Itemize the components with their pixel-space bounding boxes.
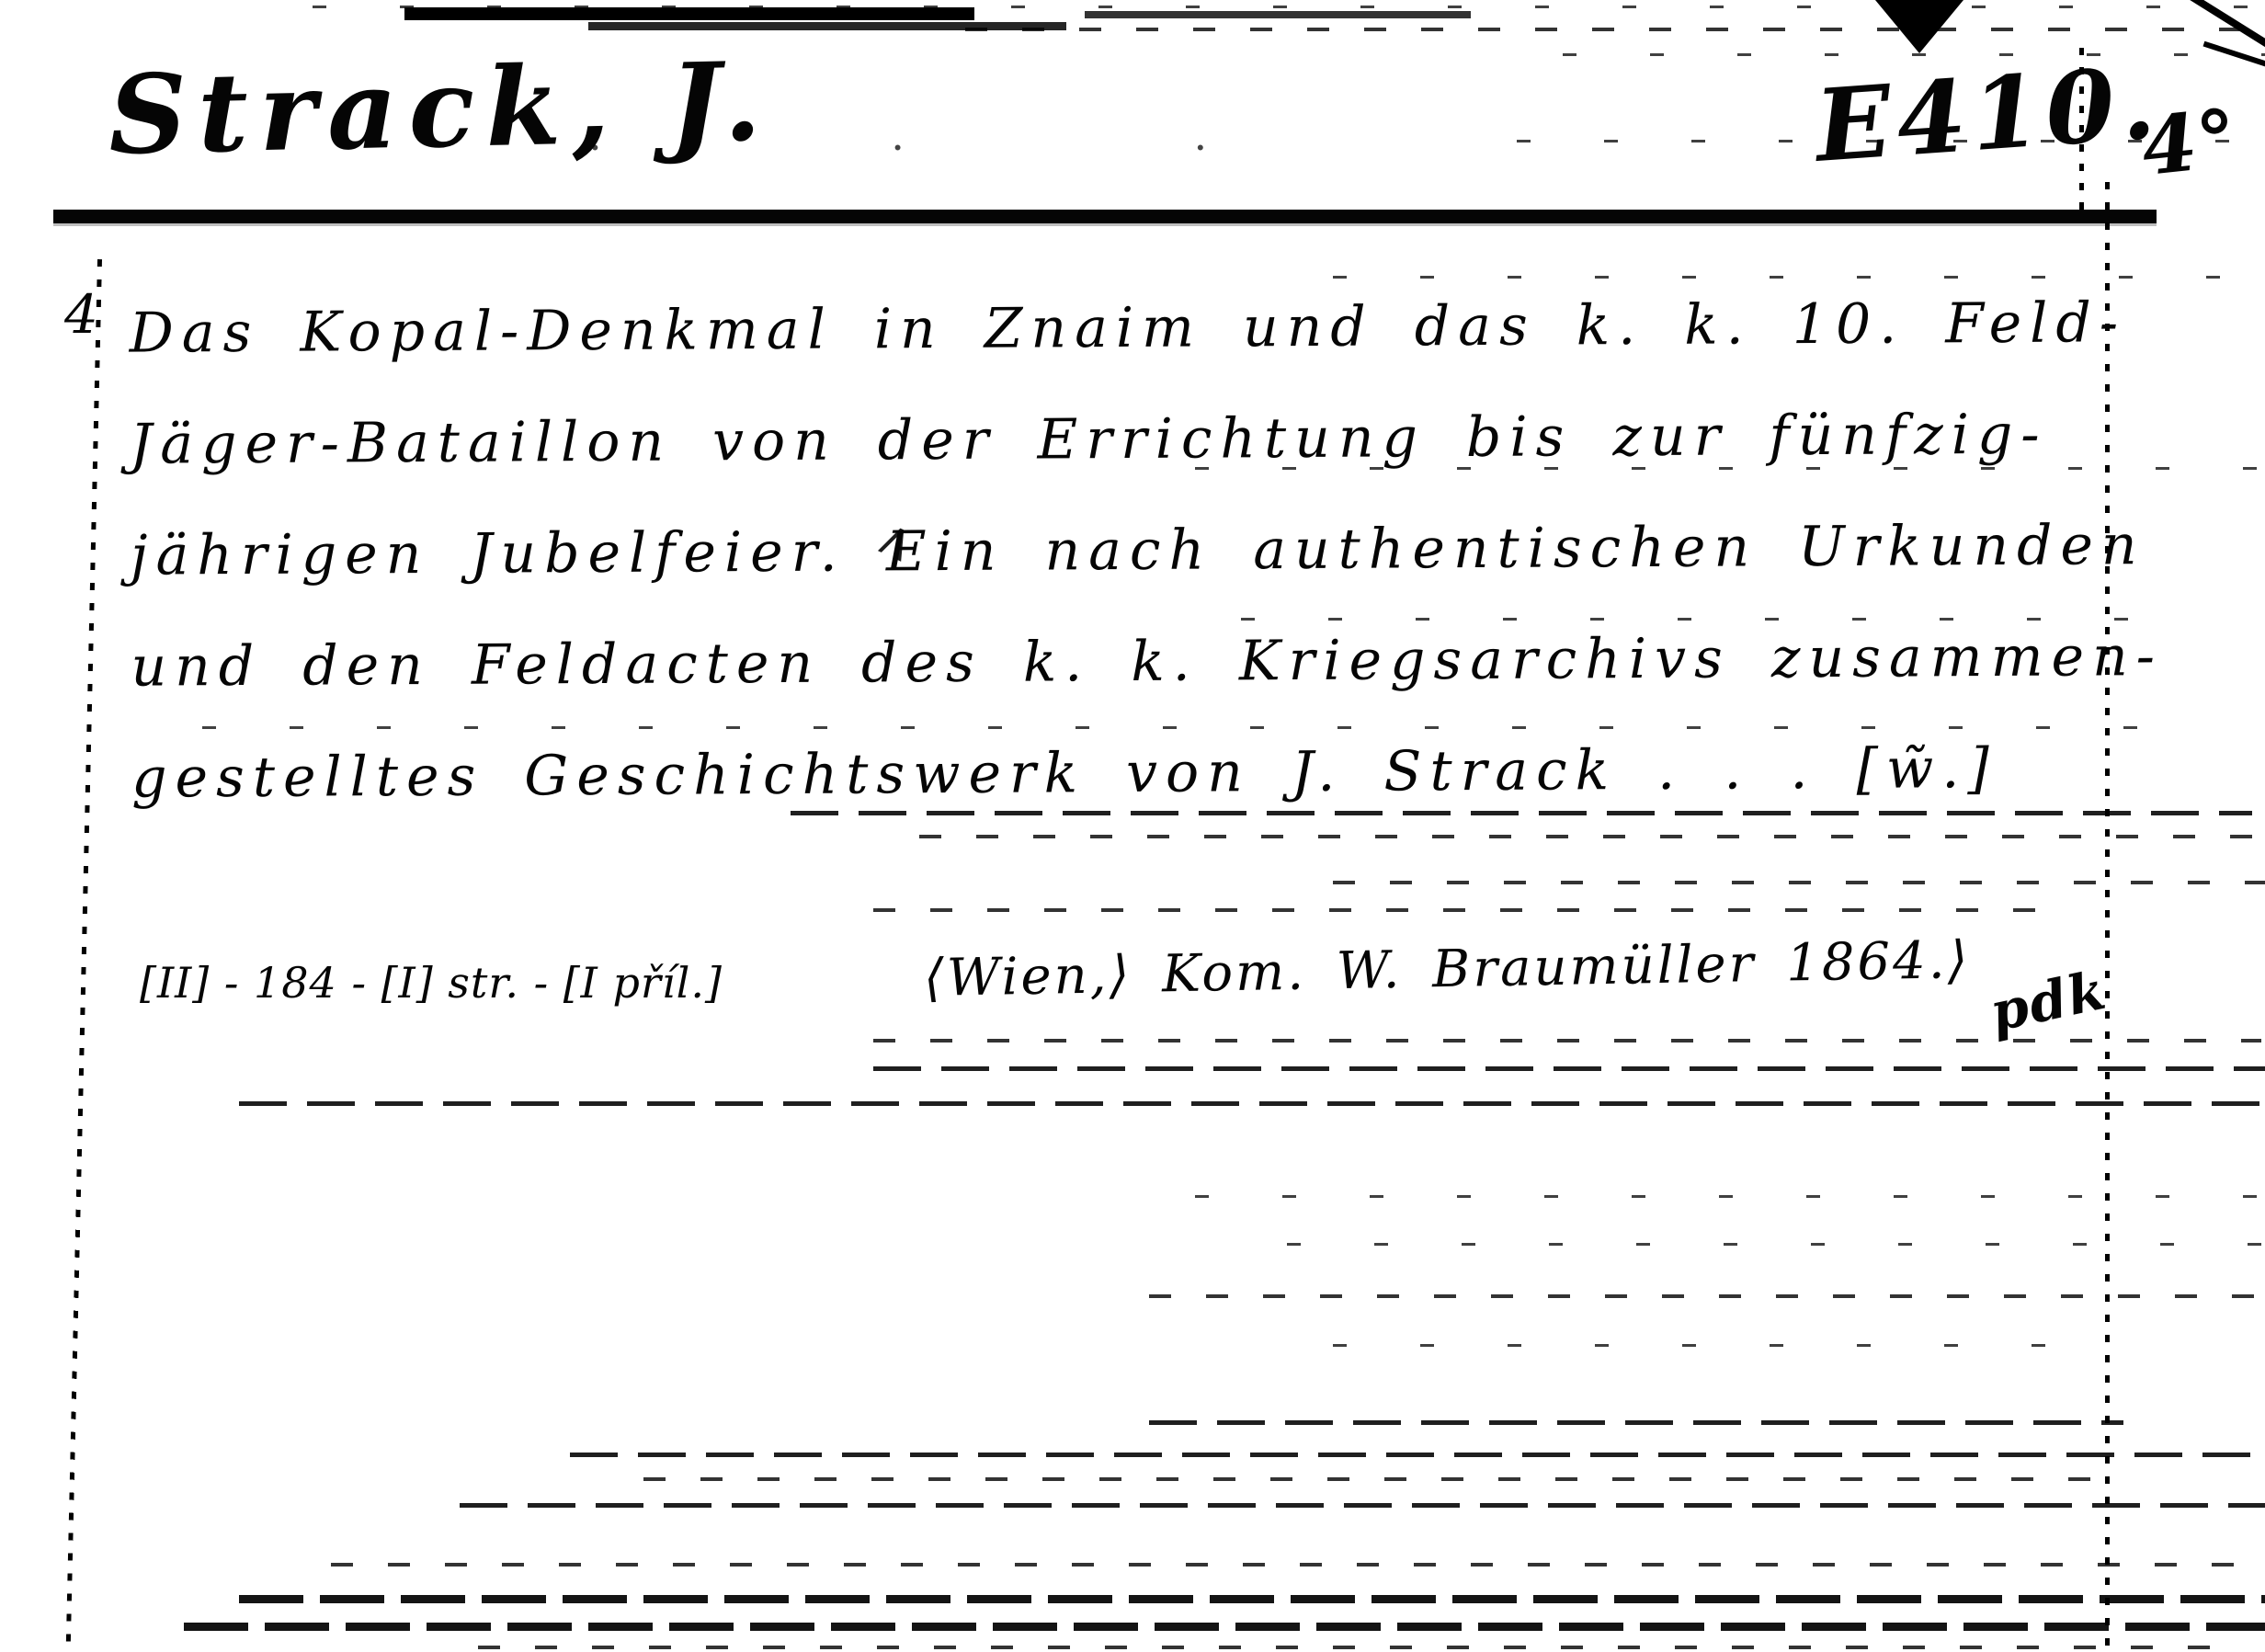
scan-noise <box>478 1646 2225 1649</box>
heading-fill-dots: . . . <box>588 110 1345 160</box>
scan-noise <box>1149 1294 2265 1298</box>
scan-noise <box>331 1563 2265 1567</box>
scan-noise <box>873 1039 2261 1042</box>
scan-noise <box>643 1477 2114 1481</box>
title-line: gestelltes Geschichtswerk von J. Strack … <box>131 735 2118 857</box>
title-line: und den Feldacten des k. k. Kriegsarchiv… <box>131 624 2117 746</box>
scan-noise <box>239 1595 2265 1603</box>
header-dotted-separator <box>2079 48 2084 218</box>
scan-noise <box>460 1503 2265 1508</box>
imprint-statement: ⟨Wien,⟩ Kom. W. Braumüller 1864.⟩ <box>924 930 1971 1008</box>
scan-noise <box>965 28 2265 31</box>
scan-noise <box>1287 1243 2265 1246</box>
scan-noise <box>2203 41 2265 75</box>
collation-statement: [II] - 184 - [I] str. - [I příl.] <box>140 958 723 1008</box>
header-rule <box>53 210 2157 223</box>
title-line: jährigen Jubelfeier. Ein nach authentisc… <box>131 513 2117 634</box>
scan-noise <box>1875 0 1963 53</box>
scan-noise <box>873 1066 2265 1071</box>
scan-noise <box>404 7 974 20</box>
cataloger-initials: pdk <box>1985 959 2112 1044</box>
scan-noise <box>1333 881 2265 884</box>
title-line: Jäger-Bataillon von der Errichtung bis z… <box>130 402 2116 523</box>
margin-numeral: 4 <box>64 283 98 346</box>
scan-noise <box>239 1101 2265 1106</box>
title-paragraph: Das Kopal-Denkmal in Znaim und das k. k.… <box>129 291 2117 857</box>
scan-noise <box>873 908 2068 912</box>
scan-noise <box>1149 1420 2123 1425</box>
scan-noise <box>588 22 1066 30</box>
scan-noise <box>1333 276 2265 279</box>
scan-noise <box>1563 53 2265 56</box>
scan-noise <box>2177 0 2265 55</box>
scan-noise <box>184 1623 2265 1631</box>
title-line: Das Kopal-Denkmal in Znaim und das k. k.… <box>129 291 2115 412</box>
shelfmark: E410. <box>1812 45 2164 185</box>
scan-noise <box>570 1453 2265 1457</box>
scan-noise <box>313 6 2265 8</box>
catalog-card-scan: Strack, J. . . . E410. 4° 4 Das Kopal-De… <box>0 0 2265 1652</box>
format-mark: 4° <box>2137 92 2241 194</box>
left-margin-dotted-line <box>66 259 102 1652</box>
scan-noise <box>1085 11 1471 18</box>
scan-noise <box>1333 1344 2114 1347</box>
